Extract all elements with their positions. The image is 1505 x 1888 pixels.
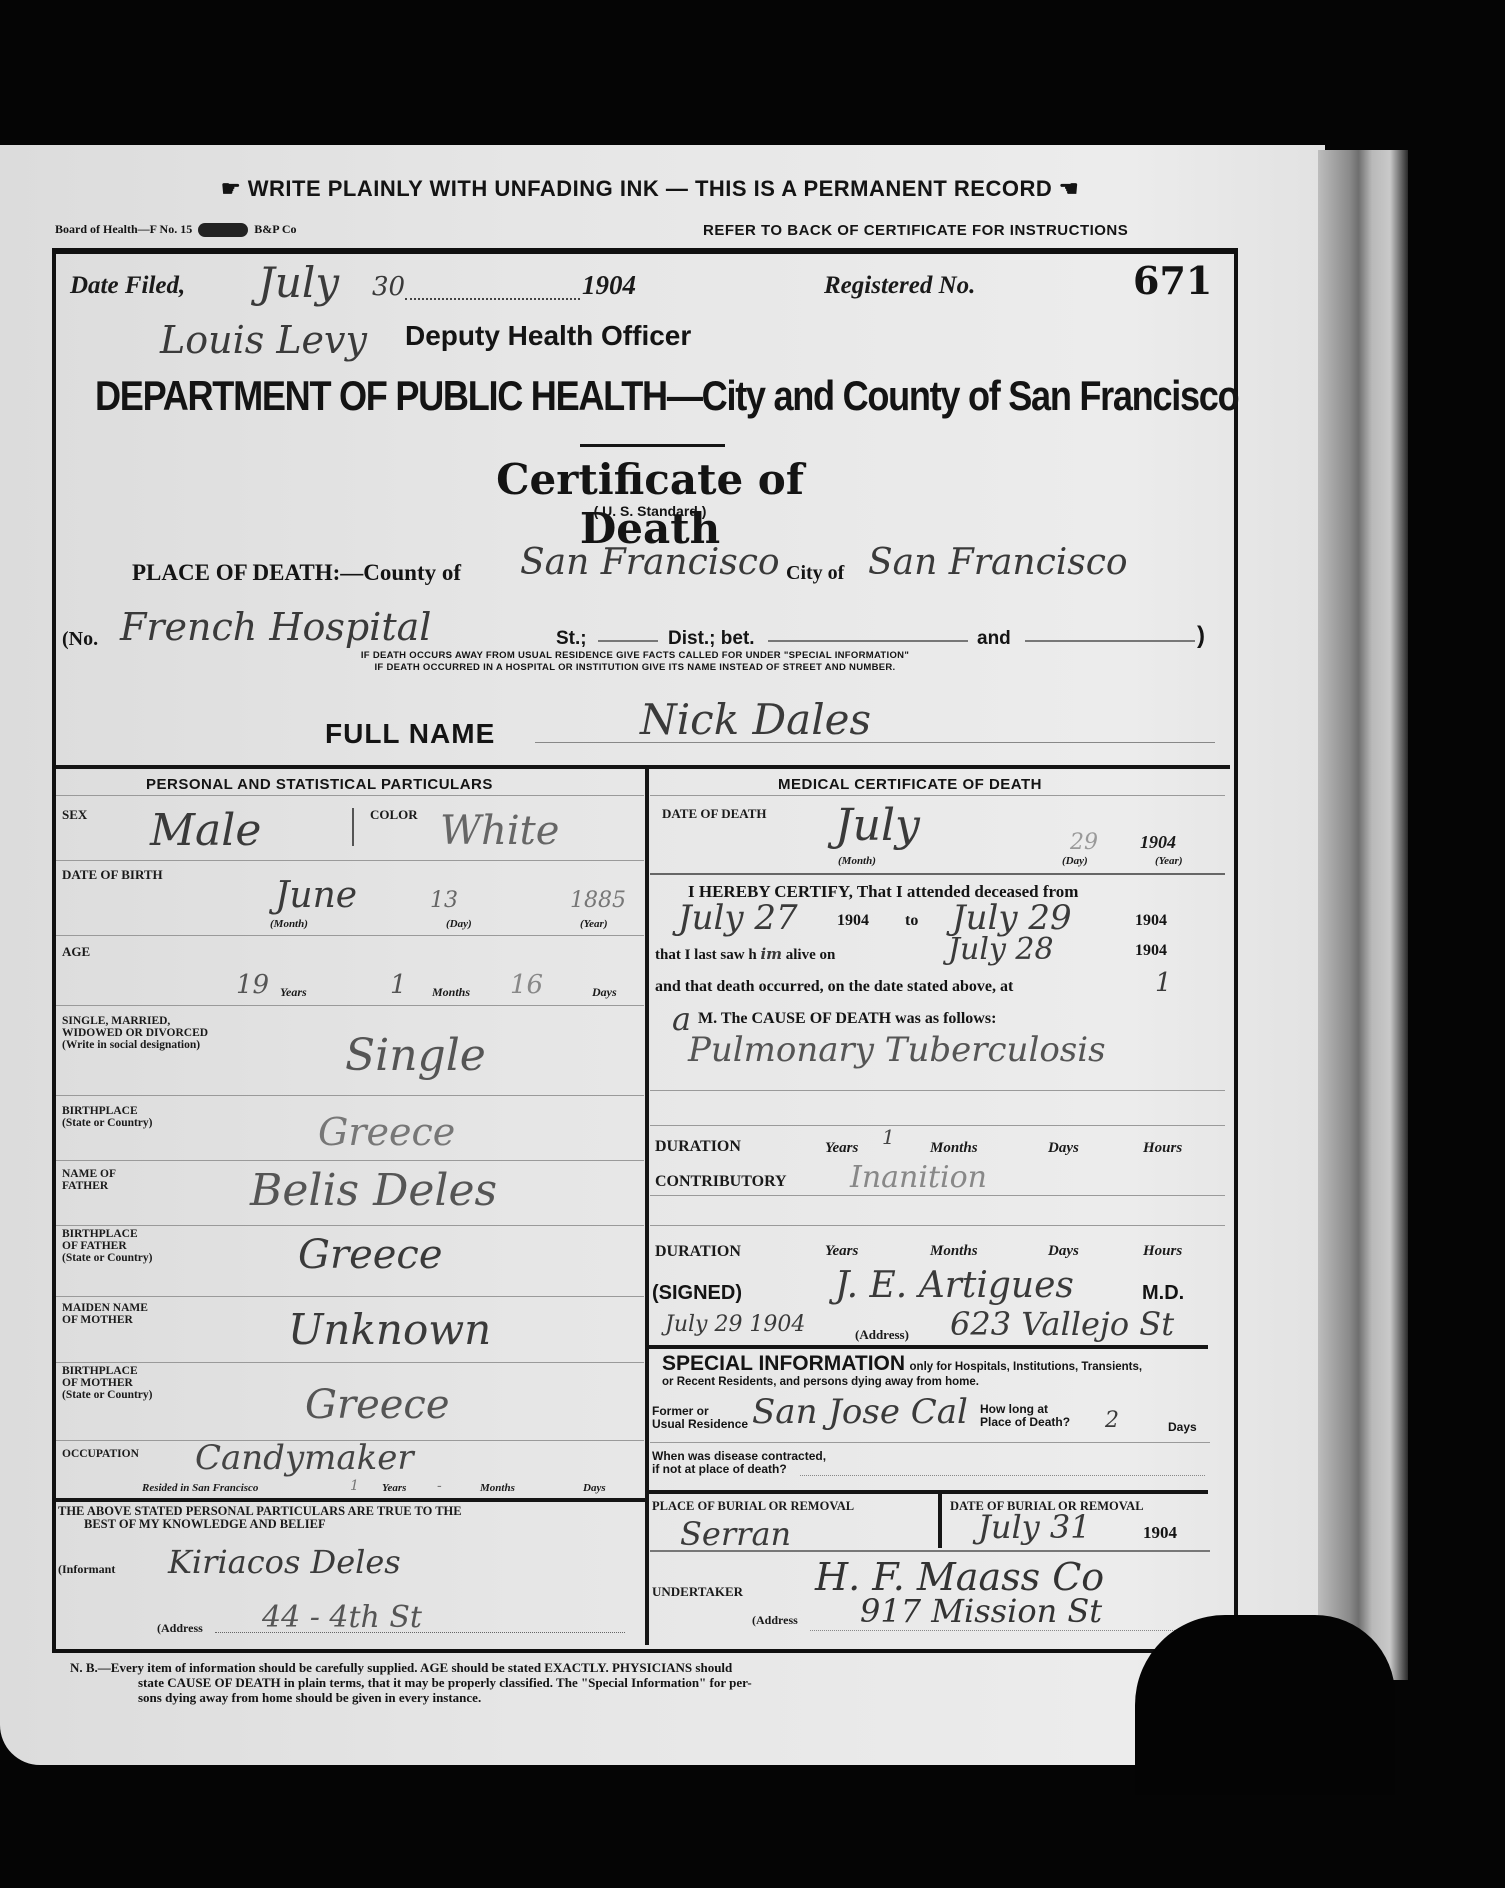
district-label: Dist.; bet. bbox=[668, 628, 755, 650]
how-long-days: Days bbox=[1168, 1420, 1197, 1434]
dod-month: July bbox=[835, 800, 920, 851]
sex-color-divider bbox=[352, 808, 354, 846]
dob-month-caption: (Month) bbox=[270, 918, 308, 930]
date-filed-year: 1904 bbox=[582, 270, 636, 301]
duration-years-1: 1 bbox=[882, 1125, 895, 1149]
sex-value: Male bbox=[150, 805, 261, 856]
dod-year-caption: (Year) bbox=[1155, 855, 1183, 867]
attended-from-year: 1904 bbox=[837, 912, 869, 930]
cause-text: M. The CAUSE OF DEATH was as follows: bbox=[698, 1010, 996, 1028]
physician-address: 623 Vallejo St bbox=[950, 1305, 1174, 1343]
dob-label: DATE OF BIRTH bbox=[62, 868, 163, 881]
marital-label: SINGLE, MARRIED, WIDOWED OR DIVORCED (Wr… bbox=[62, 1015, 208, 1051]
undertaker-address: 917 Mission St bbox=[860, 1592, 1102, 1630]
full-name-label: FULL NAME bbox=[325, 718, 495, 750]
contributory-value: Inanition bbox=[850, 1160, 987, 1195]
dod-label: DATE OF DEATH bbox=[662, 807, 767, 820]
death-time-text: and that death occurred, on the date sta… bbox=[655, 978, 1013, 996]
father-name-label: NAME OF FATHER bbox=[62, 1168, 116, 1192]
resided-label: Resided in San Francisco bbox=[142, 1482, 258, 1494]
duration-hours-caption-1: Hours bbox=[1143, 1140, 1182, 1157]
place-note: IF DEATH OCCURS AWAY FROM USUAL RESIDENC… bbox=[205, 650, 1065, 674]
dob-year: 1885 bbox=[570, 888, 626, 913]
mother-name-value: Unknown bbox=[288, 1305, 491, 1354]
burial-year: 1904 bbox=[1143, 1523, 1177, 1543]
contracted-label: When was disease contracted, if not at p… bbox=[652, 1450, 826, 1476]
county-value: San Francisco bbox=[520, 542, 780, 583]
age-label: AGE bbox=[62, 945, 90, 958]
color-value: White bbox=[440, 808, 559, 854]
cause-value: Pulmonary Tuberculosis bbox=[688, 1030, 1106, 1070]
birthplace-value: Greece bbox=[318, 1110, 455, 1154]
residence-label: Former or Usual Residence bbox=[652, 1405, 748, 1431]
informant-label: (Informant bbox=[58, 1563, 115, 1576]
banner: ☛ WRITE PLAINLY WITH UNFADING INK — THIS… bbox=[110, 176, 1190, 202]
attended-from: July 27 bbox=[678, 898, 798, 938]
and-label: and bbox=[977, 628, 1011, 650]
undertaker-label: UNDERTAKER bbox=[652, 1585, 743, 1598]
dod-day-caption: (Day) bbox=[1062, 855, 1088, 867]
informant-name: Kiriacos Deles bbox=[168, 1543, 401, 1581]
pointing-hand-icon: ☚ bbox=[1052, 176, 1079, 201]
resided-days-caption: Days bbox=[583, 1482, 606, 1494]
city-value: San Francisco bbox=[868, 542, 1128, 583]
resided-years-caption: Years bbox=[382, 1482, 406, 1494]
mother-birthplace-label: BIRTHPLACE OF MOTHER (State or Country) bbox=[62, 1365, 153, 1401]
close-paren: ) bbox=[1197, 622, 1205, 650]
registered-label: Registered No. bbox=[824, 272, 975, 300]
mother-birthplace-value: Greece bbox=[305, 1382, 450, 1428]
informant-address: 44 - 4th St bbox=[262, 1600, 422, 1635]
refer-note: REFER TO BACK OF CERTIFICATE FOR INSTRUC… bbox=[703, 222, 1128, 239]
duration-days-caption-2: Days bbox=[1048, 1243, 1079, 1260]
informant-statement: THE ABOVE STATED PERSONAL PARTICULARS AR… bbox=[58, 1505, 462, 1531]
duration-years-caption-1: Years bbox=[825, 1140, 858, 1157]
duration-months-caption-1: Months bbox=[930, 1140, 978, 1157]
form-id: Board of Health—F No. 15 B&P Co bbox=[55, 222, 297, 237]
street-label: St.; bbox=[556, 628, 587, 650]
father-name-value: Belis Deles bbox=[250, 1165, 497, 1216]
dob-month: June bbox=[275, 875, 357, 916]
date-filed-label: Date Filed, bbox=[70, 272, 185, 300]
ledger-binding bbox=[1318, 150, 1408, 1680]
officer-title: Deputy Health Officer bbox=[405, 320, 691, 352]
burial-date-value: July 31 bbox=[978, 1508, 1091, 1546]
color-label: COLOR bbox=[370, 808, 418, 821]
burial-place-value: Serran bbox=[680, 1515, 791, 1553]
resided-months-caption: Months bbox=[480, 1482, 515, 1494]
full-name-value: Nick Dales bbox=[640, 695, 871, 744]
department-title: DEPARTMENT OF PUBLIC HEALTH—City and Cou… bbox=[95, 372, 1050, 420]
date-filed-day: 30 bbox=[372, 272, 405, 302]
standard-subtitle: ( U. S. Standard ) bbox=[540, 503, 760, 519]
dod-year: 1904 bbox=[1140, 832, 1176, 853]
how-long-label: How long at Place of Death? bbox=[980, 1403, 1070, 1429]
duration-label-2: DURATION bbox=[655, 1245, 741, 1258]
signed-date: July 29 1904 bbox=[665, 1312, 805, 1337]
thumb-shadow bbox=[1135, 1615, 1395, 1795]
father-birthplace-value: Greece bbox=[298, 1232, 443, 1278]
age-days-caption: Days bbox=[592, 985, 617, 1000]
resided-years: 1 bbox=[350, 1478, 359, 1494]
age-months-caption: Months bbox=[432, 985, 470, 1000]
age-years-caption: Years bbox=[280, 985, 307, 1000]
attended-to-year: 1904 bbox=[1135, 912, 1167, 930]
dob-day: 13 bbox=[430, 888, 458, 913]
institution-value: French Hospital bbox=[120, 605, 431, 649]
dob-day-caption: (Day) bbox=[446, 918, 472, 930]
informant-address-label: (Address bbox=[157, 1622, 203, 1635]
special-info-title: SPECIAL INFORMATION only for Hospitals, … bbox=[662, 1352, 1222, 1388]
medical-section-title: MEDICAL CERTIFICATE OF DEATH bbox=[778, 776, 1042, 793]
last-saw-text: that I last saw h im alive on bbox=[655, 945, 835, 964]
age-days: 16 bbox=[510, 970, 543, 1000]
dob-year-caption: (Year) bbox=[580, 918, 608, 930]
union-label-icon bbox=[198, 223, 248, 237]
attended-to-label: to bbox=[905, 912, 918, 930]
street-no-label: (No. bbox=[62, 628, 98, 651]
dod-day: 29 bbox=[1070, 830, 1098, 855]
date-filed-month: July bbox=[258, 258, 339, 307]
pointing-hand-icon: ☛ bbox=[221, 176, 248, 201]
father-birthplace-label: BIRTHPLACE OF FATHER (State or Country) bbox=[62, 1228, 153, 1264]
duration-years-caption-2: Years bbox=[825, 1243, 858, 1260]
occupation-label: OCCUPATION bbox=[62, 1448, 139, 1461]
physician-signature: J. E. Artigues bbox=[835, 1265, 1074, 1306]
duration-months-caption-2: Months bbox=[930, 1243, 978, 1260]
residence-value: San Jose Cal bbox=[752, 1392, 968, 1432]
officer-signature: Louis Levy bbox=[160, 318, 367, 362]
how-long-value: 2 bbox=[1105, 1408, 1119, 1433]
marital-value: Single bbox=[345, 1030, 486, 1081]
burial-place-label: PLACE OF BURIAL OR REMOVAL bbox=[652, 1500, 854, 1513]
personal-section-title: PERSONAL AND STATISTICAL PARTICULARS bbox=[146, 776, 493, 793]
birthplace-label: BIRTHPLACE (State or Country) bbox=[62, 1105, 153, 1129]
resided-months: - bbox=[437, 1478, 442, 1494]
footer-note: N. B.—Every item of information should b… bbox=[70, 1660, 1130, 1705]
age-years: 19 bbox=[236, 970, 269, 1000]
city-label: City of bbox=[786, 562, 844, 585]
signed-label: (SIGNED) bbox=[652, 1282, 742, 1305]
contributory-label: CONTRIBUTORY bbox=[655, 1175, 787, 1188]
md-label: M.D. bbox=[1142, 1282, 1184, 1305]
duration-label-1: DURATION bbox=[655, 1140, 741, 1153]
age-months: 1 bbox=[390, 970, 407, 1000]
last-saw-year: 1904 bbox=[1135, 942, 1167, 960]
death-hour: 1 bbox=[1155, 968, 1172, 998]
last-saw-date: July 28 bbox=[948, 932, 1054, 967]
duration-hours-caption-2: Hours bbox=[1143, 1243, 1182, 1260]
registered-number: 671 bbox=[1133, 258, 1212, 303]
dod-month-caption: (Month) bbox=[838, 855, 876, 867]
sex-label: SEX bbox=[62, 808, 87, 821]
undertaker-address-label: (Address bbox=[752, 1614, 798, 1627]
duration-days-caption-1: Days bbox=[1048, 1140, 1079, 1157]
mother-name-label: MAIDEN NAME OF MOTHER bbox=[62, 1302, 148, 1326]
physician-address-label: (Address) bbox=[855, 1328, 909, 1341]
place-of-death-label: PLACE OF DEATH:—County of bbox=[132, 560, 461, 586]
occupation-value: Candymaker bbox=[195, 1438, 414, 1478]
